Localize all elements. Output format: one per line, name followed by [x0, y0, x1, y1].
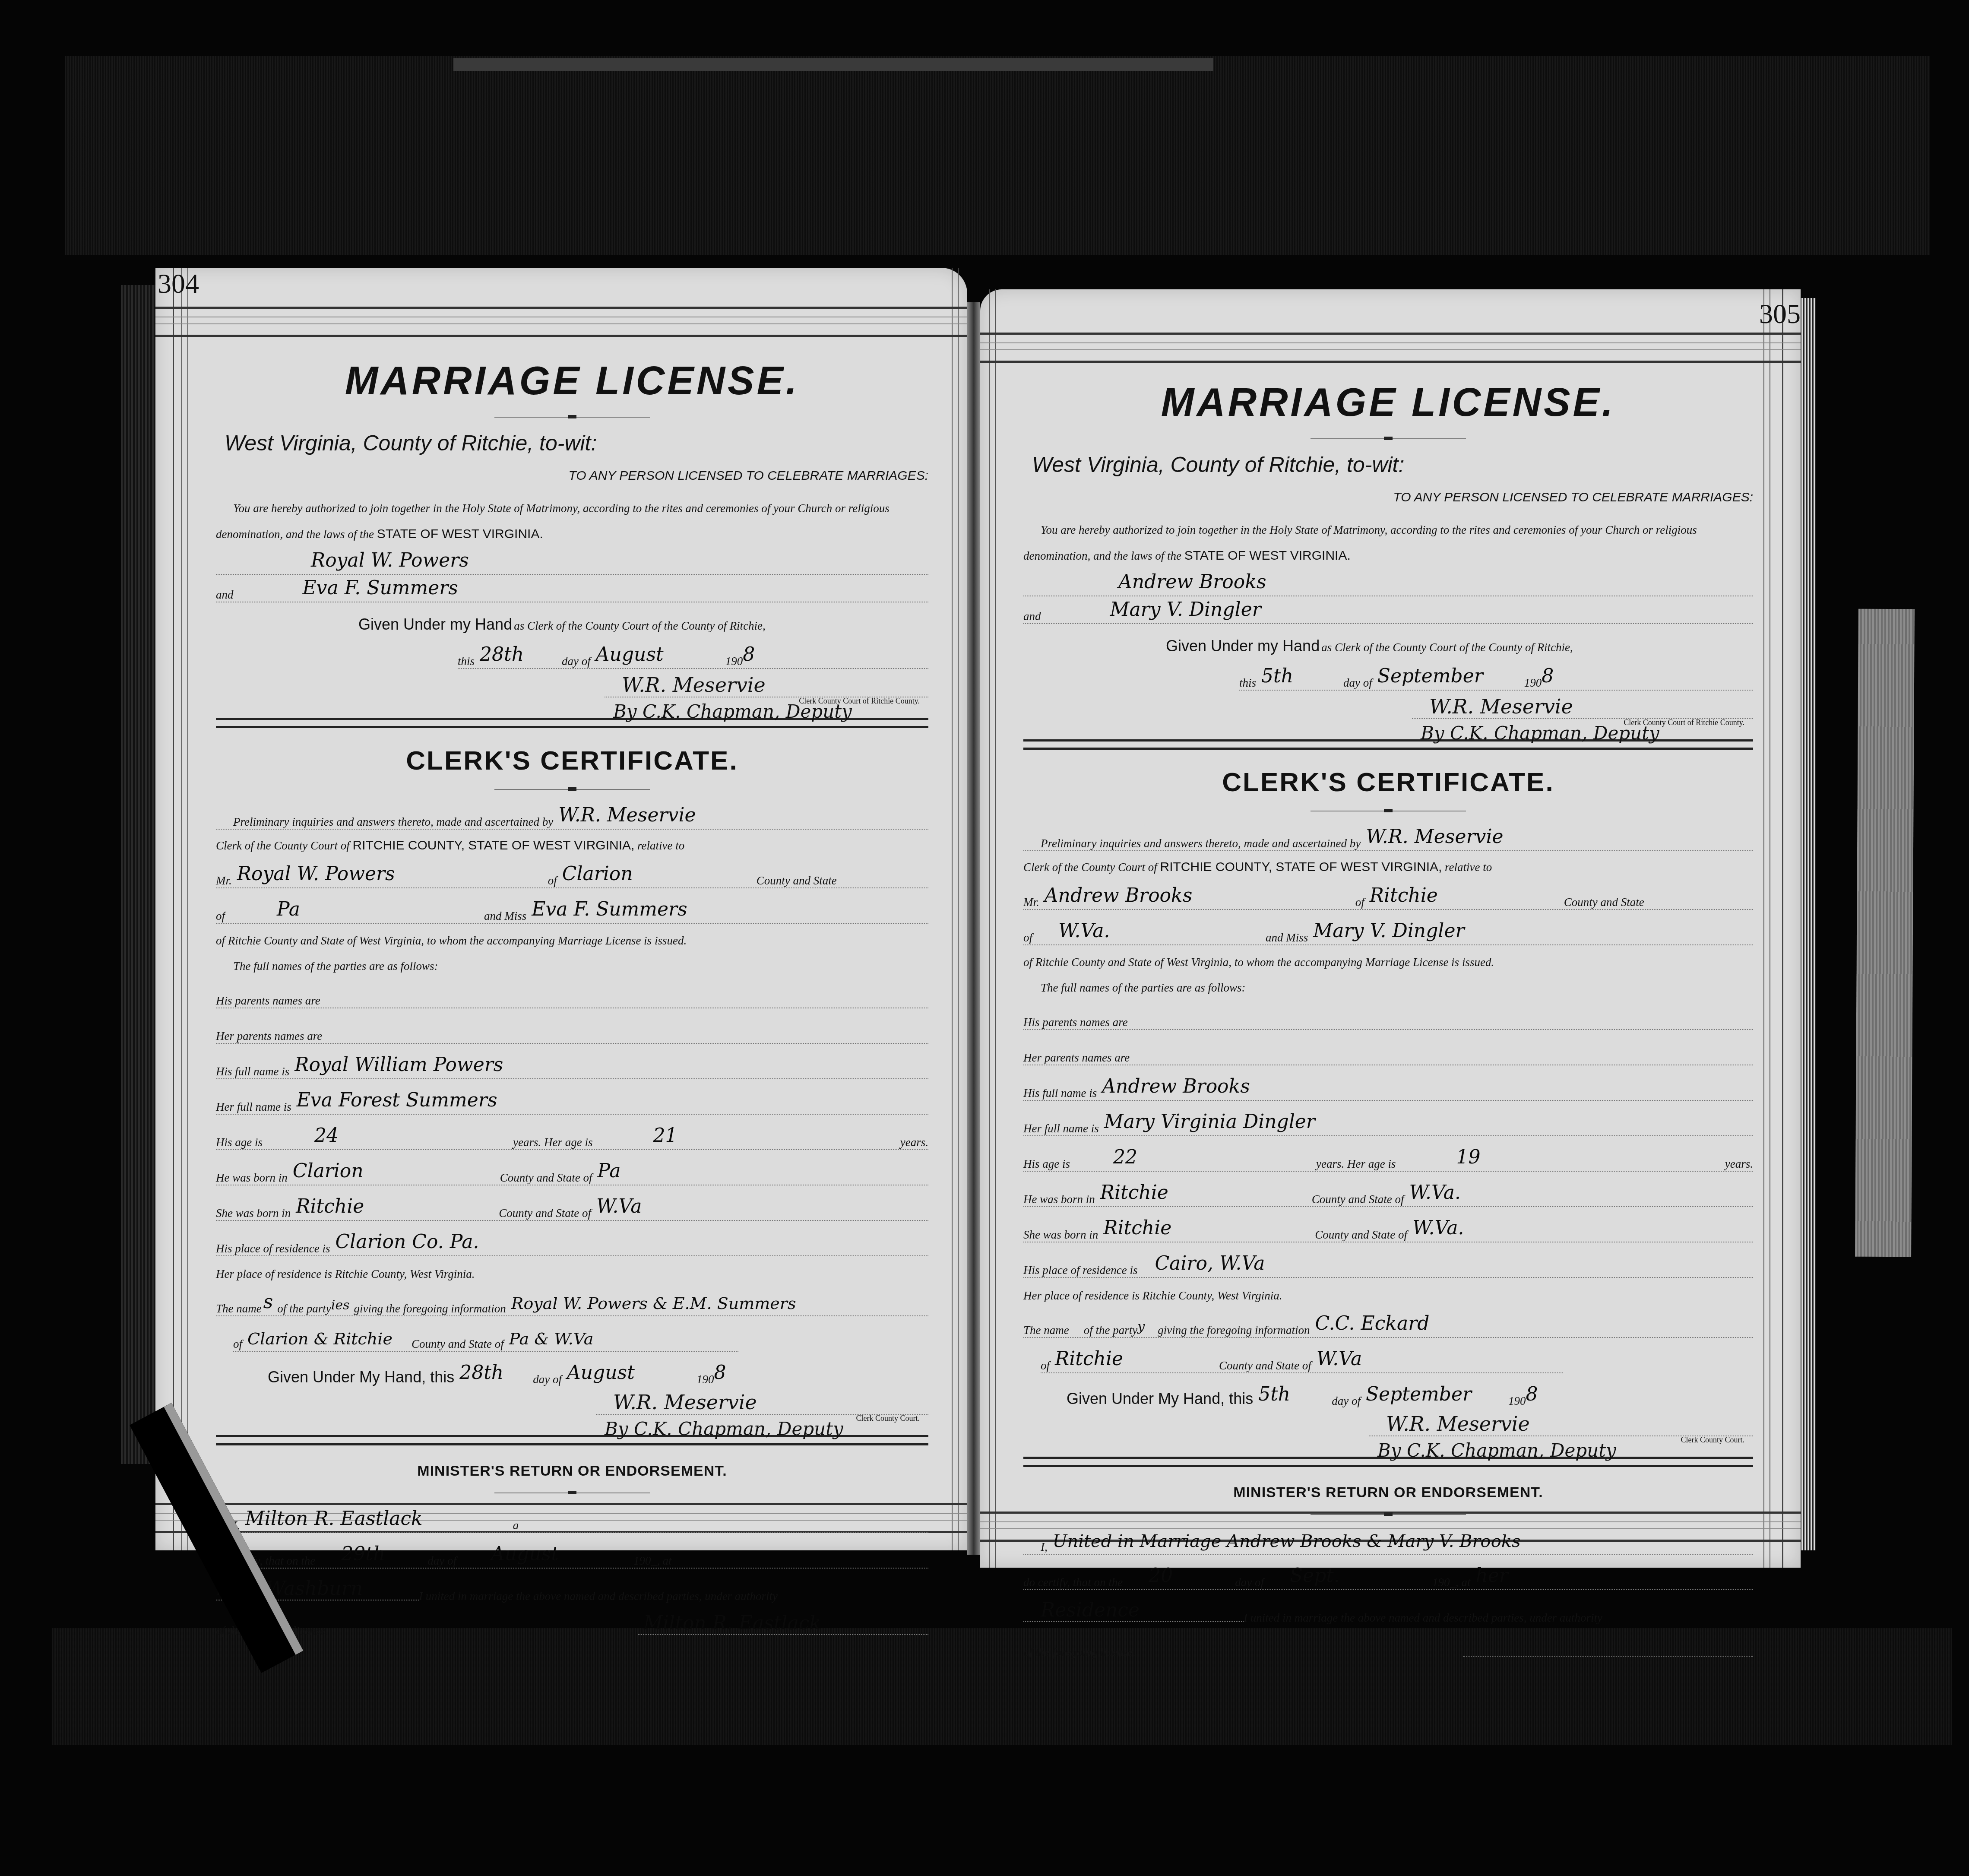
minister-name: Milton R. Eastlack	[240, 1508, 513, 1530]
mr-row: Mr. Andrew Brooks of Ritchie County and …	[1023, 883, 1753, 910]
and-miss-label: and Miss	[1266, 931, 1308, 944]
ornament	[494, 789, 650, 790]
county-and-state-of-label: County and State of	[1312, 1193, 1404, 1206]
she-born-label: She was born in	[216, 1207, 291, 1220]
he-born-label: He was born in	[1023, 1193, 1095, 1206]
his-full-name-row: His full name isRoyal William Powers	[216, 1052, 928, 1079]
cert-clerk-signature: W.R. Meservie	[596, 1391, 928, 1415]
given-label: Given Under my Hand	[1166, 637, 1320, 655]
she-born-county: Ritchie	[291, 1195, 499, 1217]
his-full-name: Andrew Brooks	[1097, 1075, 1250, 1097]
clerk-of-court-label: Clerk of the County Court of	[216, 839, 350, 852]
state-caps: STATE OF WEST VIRGINIA.	[377, 527, 543, 541]
informant-state: Pa & W.Va	[504, 1329, 594, 1348]
minister-name: United in Marriage Andrew Brooks & Mary …	[1048, 1531, 1521, 1551]
cert-date-row: Given Under My Hand, this 5th day of Sep…	[1067, 1382, 1563, 1408]
his-full-name-row: His full name isAndrew Brooks	[1023, 1074, 1753, 1101]
she-born-county: Ritchie	[1098, 1217, 1315, 1239]
of-the-party-label: of the party	[1084, 1324, 1137, 1337]
name-suffix: s	[262, 1291, 278, 1313]
minister-month: August	[456, 1543, 633, 1565]
of-label: of	[233, 1337, 242, 1351]
her-parents-label: Her parents names are	[216, 1030, 322, 1043]
his-residence: Cairo, W.Va	[1137, 1252, 1265, 1274]
minister-month: Sept.	[1264, 1565, 1432, 1587]
informant-row: The names of the partyies giving the for…	[216, 1290, 928, 1316]
he-born-county: Clarion	[288, 1160, 500, 1182]
her-full-name-label: Her full name is	[216, 1100, 291, 1114]
cert-year-digit: 8	[714, 1362, 726, 1384]
authorization-text: You are hereby authorized to join togeth…	[216, 495, 928, 547]
bride-line: andMary V. Dingler	[1023, 599, 1753, 624]
ascertained-by: W.R. Meservie	[1361, 826, 1503, 848]
given-this-label: Given Under My Hand, this	[268, 1368, 454, 1386]
day-of-label: day of	[1343, 676, 1372, 690]
minister-place-prefix: her	[1470, 1565, 1508, 1587]
minister-day: 29th	[315, 1543, 427, 1565]
his-residence-row: His place of residence isCairo, W.Va	[1023, 1251, 1753, 1278]
relative-to-label: relative to	[1445, 861, 1492, 874]
authorization-body: You are hereby authorized to join togeth…	[1023, 523, 1697, 562]
ages-row: His age is 22 years. Her age is 19 years…	[1023, 1145, 1753, 1172]
license-form-305: MARRIAGE LICENSE. West Virginia, County …	[1023, 380, 1753, 1659]
informant-location-row: of Ritchie County and State of W.Va	[1041, 1347, 1563, 1373]
her-age: 21	[592, 1125, 677, 1147]
she-born-row: She was born in Ritchie County and State…	[216, 1194, 928, 1221]
county-line: West Virginia, County of Ritchie, to-wit…	[1032, 452, 1753, 477]
day-of-label: day of	[562, 655, 591, 668]
preliminary-label: Preliminary inquiries and answers theret…	[1023, 837, 1361, 850]
license-date-row: this 5th day of September 1908	[1239, 664, 1753, 691]
her-full-name: Eva Forest Summers	[291, 1089, 497, 1111]
year-prefix: 190	[725, 655, 743, 668]
certificate-title: CLERK'S CERTIFICATE.	[1023, 767, 1753, 798]
her-age-label: years. Her age is	[1316, 1157, 1396, 1171]
cert-groom-state: Pa	[225, 898, 484, 920]
ritchie-caps: RITCHIE COUNTY, STATE OF WEST VIRGINIA,	[1160, 860, 1442, 874]
issued-line: of Ritchie County and State of West Virg…	[1023, 956, 1753, 969]
she-born-row: She was born in Ritchie County and State…	[1023, 1216, 1753, 1242]
informant-row: The name of the partyy giving the forego…	[1023, 1311, 1753, 1338]
page-number: 305	[1759, 298, 1801, 330]
this-label: this	[458, 655, 475, 668]
page-edges-left	[121, 285, 160, 1464]
county-and-state-label: County and State	[1564, 896, 1644, 909]
clerk-stamp: Clerk County Court of Ritchie County.	[1624, 718, 1744, 727]
page-number: 304	[158, 268, 199, 300]
deputy-signature-block: By C.K. Chapman, DeputyClerk County Cour…	[1412, 723, 1753, 744]
county-and-state-label: County and State	[757, 874, 837, 887]
minister-signature	[1463, 1656, 1753, 1657]
his-age: 22	[1070, 1146, 1316, 1168]
license-title: MARRIAGE LICENSE.	[216, 358, 928, 404]
deputy-signature-block: By C.K. Chapman, DeputyClerk County Cour…	[605, 701, 928, 722]
given-this-label: Given Under My Hand, this	[1067, 1390, 1253, 1408]
his-age: 24	[263, 1125, 513, 1147]
she-born-state: W.Va	[591, 1195, 642, 1217]
his-age-label: His age is	[216, 1136, 263, 1149]
day-of-label: day of	[1235, 1576, 1264, 1589]
license-signatures: W.R. Meservie By C.K. Chapman, DeputyCle…	[605, 673, 928, 722]
her-age-label: years. Her age is	[513, 1136, 592, 1149]
cert-groom-county: Ritchie	[1364, 884, 1564, 906]
of-label: of	[1041, 1359, 1050, 1372]
his-residence-row: His place of residence isClarion Co. Pa.	[216, 1230, 928, 1256]
her-age: 19	[1396, 1146, 1480, 1168]
her-full-name: Mary Virginia Dingler	[1099, 1111, 1315, 1133]
cert-month: August	[562, 1362, 696, 1384]
cert-signatures: W.R. Meservie By C.K. Chapman, DeputyCle…	[1369, 1412, 1753, 1461]
mr-label: Mr.	[216, 874, 232, 887]
informant-county: Clarion & Ritchie	[242, 1329, 412, 1348]
relative-to-label: relative to	[637, 839, 684, 852]
her-residence: Her place of residence is Ritchie County…	[216, 1268, 928, 1281]
he-born-county: Ritchie	[1095, 1182, 1312, 1204]
clerk-signature: W.R. Meservie	[1412, 695, 1753, 719]
cert-month: September	[1361, 1383, 1508, 1405]
county-and-state-of-label: County and State of	[412, 1337, 504, 1351]
ornament	[494, 417, 650, 418]
license-month: August	[591, 643, 725, 665]
minister-sign-row: of the foregoing license.	[1023, 1633, 1753, 1659]
ascertained-row: Preliminary inquiries and answers theret…	[1023, 824, 1753, 851]
minister-title: MINISTER'S RETURN OR ENDORSEMENT.	[216, 1463, 928, 1480]
united-label: I united in marriage the above named and…	[1244, 1611, 1602, 1625]
header-band	[980, 333, 1801, 363]
margin-rule	[1782, 289, 1783, 1568]
license-form-304: MARRIAGE LICENSE. West Virginia, County …	[216, 358, 928, 1638]
and-label: and	[216, 588, 234, 602]
clerk-stamp: Clerk County Court.	[856, 1414, 920, 1423]
informant-location-row: of Clarion & Ritchie County and State of…	[233, 1325, 738, 1352]
ages-row: His age is 24 years. Her age is 21 years…	[216, 1123, 928, 1150]
given-under-hand: Given Under my Hand as Clerk of the Coun…	[358, 615, 928, 634]
his-parents-row: His parents names are	[216, 982, 928, 1008]
clerk-stamp: Clerk County Court.	[1681, 1436, 1745, 1445]
clerk-signature: W.R. Meservie	[605, 673, 928, 697]
his-residence: Clarion Co. Pa.	[330, 1231, 479, 1253]
informants: Royal W. Powers & E.M. Summers	[506, 1294, 796, 1313]
county-and-state-of-label: County and State of	[1315, 1228, 1407, 1242]
authorization-body: You are hereby authorized to join togeth…	[216, 502, 890, 541]
license-month: September	[1372, 665, 1524, 687]
his-parents-row: His parents names are	[1023, 1003, 1753, 1030]
groom-name: Andrew Brooks	[1023, 571, 1266, 593]
i-label: I,	[1023, 1540, 1048, 1554]
year-prefix: 190	[696, 1373, 714, 1386]
county-and-state-of-label: County and State of	[500, 1171, 592, 1185]
book-gutter	[967, 302, 980, 1555]
clerk-stamp: Clerk County Court of Ritchie County.	[799, 697, 920, 706]
united-label: I united in marriage the above named and…	[419, 1590, 778, 1603]
clerk-of-court-line: Clerk of the County Court of RITCHIE COU…	[216, 838, 928, 853]
cert-date-row: Given Under My Hand, this 28th day of Au…	[268, 1360, 738, 1386]
cert-deputy-block: By C.K. Chapman, DeputyClerk County Cour…	[1369, 1440, 1753, 1461]
side-card	[1855, 609, 1915, 1257]
day-of-label: day of	[427, 1554, 456, 1568]
left-page: 304 MARRIAGE LICENSE. West Virginia, Cou…	[155, 268, 967, 1550]
her-full-name-label: Her full name is	[1023, 1122, 1099, 1135]
the-name-label: The name	[216, 1302, 262, 1315]
of-label: of	[1023, 931, 1032, 944]
minister-name-row: I, United in Marriage Andrew Brooks & Ma…	[1023, 1528, 1753, 1555]
of-label: of	[1355, 896, 1364, 909]
certificate-title: CLERK'S CERTIFICATE.	[216, 745, 928, 776]
ornament	[1311, 1514, 1466, 1515]
cert-bride: Mary V. Dingler	[1308, 920, 1464, 942]
right-page: 305 MARRIAGE LICENSE. West Virginia, Cou…	[980, 289, 1801, 1568]
license-date-row: this 28th day of August 1908	[458, 642, 928, 669]
his-full-name-label: His full name is	[1023, 1087, 1097, 1100]
bride-name: Eva F. Summers	[234, 577, 458, 599]
county-and-state-of-label: County and State of	[1219, 1359, 1311, 1372]
ornament	[494, 1493, 650, 1493]
ascertained-row: Preliminary inquiries and answers theret…	[216, 803, 928, 830]
this-label: this	[1239, 676, 1256, 690]
his-age-label: His age is	[1023, 1157, 1070, 1171]
bride-line: andEva F. Summers	[216, 577, 928, 602]
ritchie-caps: RITCHIE COUNTY, STATE OF WEST VIRGINIA,	[353, 838, 635, 852]
margin-rule	[181, 268, 188, 1550]
cert-bride: Eva F. Summers	[526, 898, 687, 920]
and-label: and	[1023, 610, 1041, 623]
of-label: of	[216, 909, 225, 923]
he-born-row: He was born in Clarion County and State …	[216, 1159, 928, 1185]
his-full-name: Royal William Powers	[289, 1054, 503, 1076]
authorization-text: You are hereby authorized to join togeth…	[1023, 517, 1753, 569]
license-year-digit: 8	[1542, 665, 1554, 687]
giving-info-label: giving the foregoing information	[1158, 1324, 1310, 1337]
he-born-state: W.Va.	[1404, 1182, 1461, 1204]
cert-day: 5th	[1253, 1383, 1332, 1405]
bride-name: Mary V. Dingler	[1041, 599, 1261, 621]
year-prefix: 190	[1524, 676, 1542, 690]
full-names-intro: The full names of the parties are as fol…	[1041, 981, 1753, 995]
his-parents-label: His parents names are	[216, 994, 320, 1008]
ascertained-by: W.R. Meservie	[553, 804, 696, 826]
of-the-party-label: of the party	[277, 1302, 331, 1315]
her-parents-row: Her parents names are	[1023, 1039, 1753, 1065]
he-born-state: Pa	[592, 1160, 621, 1182]
party-suffix: y	[1137, 1319, 1158, 1334]
groom-line: Royal W. Powers	[216, 550, 928, 575]
cert-groom-state: W.Va.	[1032, 920, 1266, 942]
a-label: a	[513, 1519, 519, 1532]
groom-line: Andrew Brooks	[1023, 571, 1753, 596]
margin-rule	[989, 289, 996, 1568]
he-born-row: He was born in Ritchie County and State …	[1023, 1180, 1753, 1207]
her-parents-row: Her parents names are	[216, 1017, 928, 1044]
mr-row: Mr. Royal W. Powers of Clarion County an…	[216, 862, 928, 888]
county-and-state-of-label: County and State of	[499, 1207, 591, 1220]
cert-deputy-block: By C.K. Chapman, DeputyClerk County Cour…	[596, 1418, 928, 1439]
minister-day: 20	[1123, 1565, 1235, 1587]
party-suffix: ies	[331, 1298, 354, 1313]
informant-state: W.Va	[1311, 1348, 1362, 1370]
year-prefix: 190	[1508, 1394, 1526, 1408]
foregoing-label: of the foregoing license.	[1023, 1646, 1136, 1659]
state-caps: STATE OF WEST VIRGINIA.	[1184, 548, 1351, 563]
minister-name-row: I, Milton R. Eastlack a	[216, 1506, 928, 1533]
issued-line: of Ritchie County and State of West Virg…	[216, 934, 928, 948]
ornament	[1311, 438, 1466, 439]
years-label: years.	[900, 1136, 928, 1149]
day-of-label: day of	[533, 1373, 562, 1386]
year-at-label: 190_, at	[1432, 1576, 1471, 1589]
cert-deputy-signature: By C.K. Chapman, Deputy	[605, 1418, 843, 1439]
the-name-label: The name	[1023, 1324, 1069, 1337]
license-title: MARRIAGE LICENSE.	[1023, 380, 1753, 425]
clerk-of-court-line: Clerk of the County Court of RITCHIE COU…	[1023, 860, 1753, 875]
informants: C.C. Eckard	[1310, 1312, 1429, 1334]
cert-year-digit: 8	[1526, 1383, 1538, 1405]
and-miss-label: and Miss	[484, 909, 526, 923]
minister-place: Residence	[1023, 1599, 1244, 1622]
his-residence-label: His place of residence is	[1023, 1264, 1137, 1277]
header-band	[155, 307, 967, 337]
groom-name: Royal W. Powers	[216, 549, 469, 571]
giving-info-label: giving the foregoing information	[354, 1302, 506, 1315]
preliminary-label: Preliminary inquiries and answers theret…	[216, 815, 553, 829]
of-miss-row: of Pa and Miss Eva F. Summers	[216, 897, 928, 924]
cert-signatures: W.R. Meservie By C.K. Chapman, DeputyCle…	[596, 1391, 928, 1439]
do-certify-label: do certify, that on the	[1023, 1576, 1123, 1589]
his-residence-label: His place of residence is	[216, 1242, 330, 1255]
given-label: Given Under my Hand	[358, 615, 512, 633]
cloth-background	[65, 56, 1930, 255]
minister-place-row: Residence I united in marriage the above…	[1023, 1599, 1753, 1625]
cert-groom-county: Clarion	[557, 863, 757, 885]
margin-rule	[952, 268, 959, 1550]
given-tail: as Clerk of the County Court of the Coun…	[1321, 641, 1573, 654]
his-full-name-label: His full name is	[216, 1065, 289, 1078]
cert-groom: Andrew Brooks	[1039, 884, 1355, 906]
she-born-state: W.Va.	[1407, 1217, 1464, 1239]
minister-date-row: do certify, that on the 20 day of Sept. …	[1023, 1563, 1753, 1590]
his-parents-label: His parents names are	[1023, 1016, 1128, 1029]
clerk-of-court-label: Clerk of the County Court of	[1023, 861, 1157, 874]
her-full-name-row: Her full name isEva Forest Summers	[216, 1088, 928, 1115]
cert-groom: Royal W. Powers	[232, 863, 548, 885]
license-signatures: W.R. Meservie By C.K. Chapman, DeputyCle…	[1412, 695, 1753, 744]
margin-rule	[173, 268, 174, 1550]
he-born-label: He was born in	[216, 1171, 288, 1185]
minister-sign-row: of the foregoing license. Milton R. East…	[216, 1612, 928, 1638]
her-residence: Her place of residence is Ritchie County…	[1023, 1289, 1753, 1302]
license-day: 5th	[1256, 665, 1343, 687]
county-line: West Virginia, County of Ritchie, to-wit…	[225, 431, 928, 456]
cert-clerk-signature: W.R. Meservie	[1369, 1412, 1753, 1436]
full-names-intro: The full names of the parties are as fol…	[233, 960, 928, 973]
mr-label: Mr.	[1023, 896, 1039, 909]
minister-title: MINISTER'S RETURN OR ENDORSEMENT.	[1023, 1484, 1753, 1501]
license-year-digit: 8	[743, 643, 755, 665]
her-parents-label: Her parents names are	[1023, 1051, 1130, 1065]
she-born-label: She was born in	[1023, 1228, 1098, 1242]
her-full-name-row: Her full name isMary Virginia Dingler	[1023, 1109, 1753, 1136]
ornament	[1311, 811, 1466, 811]
cert-deputy-signature: By C.K. Chapman, Deputy	[1377, 1440, 1616, 1461]
cert-day: 28th	[454, 1362, 533, 1384]
of-label: of	[548, 874, 557, 887]
informant-county: Ritchie	[1050, 1348, 1219, 1370]
license-day: 28th	[475, 643, 562, 665]
minister-signature: Milton R. Eastlack	[638, 1612, 928, 1635]
margin-rule	[1763, 289, 1770, 1568]
minister-place-row: near Washburn I united in marriage the a…	[216, 1577, 928, 1603]
address-line: TO ANY PERSON LICENSED TO CELEBRATE MARR…	[1023, 490, 1753, 505]
of-miss-row: of W.Va. and Miss Mary V. Dingler	[1023, 919, 1753, 945]
years-label: years.	[1725, 1157, 1753, 1171]
address-line: TO ANY PERSON LICENSED TO CELEBRATE MARR…	[216, 469, 928, 483]
minister-date-row: do certify, that on the 29th day of Augu…	[216, 1542, 928, 1569]
page-edges-right	[1798, 298, 1816, 1550]
given-tail: as Clerk of the County Court of the Coun…	[514, 619, 766, 632]
day-of-label: day of	[1332, 1394, 1361, 1408]
given-under-hand: Given Under my Hand as Clerk of the Coun…	[1166, 637, 1753, 655]
background-strip	[453, 58, 1213, 71]
year-at-label: 190_, at	[633, 1554, 672, 1568]
